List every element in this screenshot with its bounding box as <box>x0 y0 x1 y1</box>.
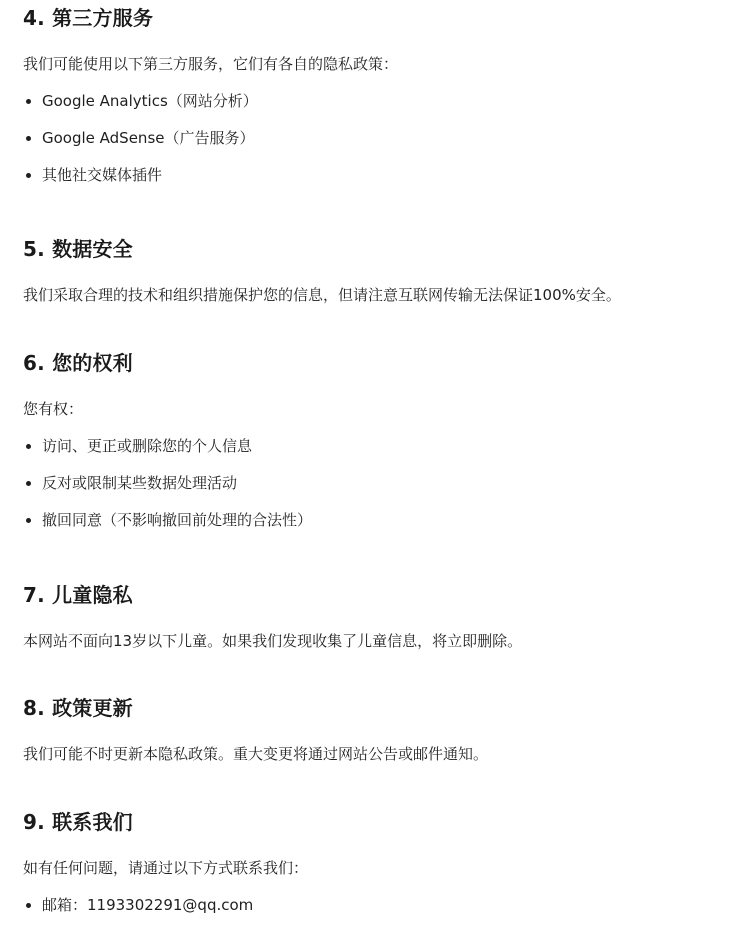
bullet-icon <box>26 444 31 449</box>
section-heading: 9. 联系我们 <box>23 808 727 836</box>
section-intro: 如有任何问题，请通过以下方式联系我们： <box>23 857 727 879</box>
bullet-icon <box>26 136 31 141</box>
bullet-icon <box>26 99 31 104</box>
contact-list: 邮箱：1193302291@qq.com <box>23 894 727 927</box>
rights-list: 访问、更正或删除您的个人信息 反对或限制某些数据处理活动 撤回同意（不影响撤回前… <box>23 435 727 546</box>
section-intro: 您有权： <box>23 398 727 420</box>
bullet-icon <box>26 903 31 908</box>
list-item-email: 邮箱：1193302291@qq.com <box>23 894 727 927</box>
section-data-security: 5. 数据安全 我们采取合理的技术和组织措施保护您的信息，但请注意互联网传输无法… <box>23 235 727 306</box>
section-contact-us: 9. 联系我们 如有任何问题，请通过以下方式联系我们： 邮箱：119330229… <box>23 808 727 927</box>
list-item: Google Analytics（网站分析） <box>23 90 727 127</box>
section-heading: 4. 第三方服务 <box>23 4 727 32</box>
section-intro: 我们可能使用以下第三方服务，它们有各自的隐私政策： <box>23 53 727 75</box>
section-intro: 本网站不面向13岁以下儿童。如果我们发现收集了儿童信息，将立即删除。 <box>23 630 727 652</box>
section-third-party-services: 4. 第三方服务 我们可能使用以下第三方服务，它们有各自的隐私政策： Googl… <box>23 4 727 201</box>
section-your-rights: 6. 您的权利 您有权： 访问、更正或删除您的个人信息 反对或限制某些数据处理活… <box>23 349 727 546</box>
section-children-privacy: 7. 儿童隐私 本网站不面向13岁以下儿童。如果我们发现收集了儿童信息，将立即删… <box>23 581 727 652</box>
bullet-icon <box>26 518 31 523</box>
list-item: 其他社交媒体插件 <box>23 164 727 201</box>
list-item: 访问、更正或删除您的个人信息 <box>23 435 727 472</box>
section-heading: 8. 政策更新 <box>23 694 727 722</box>
section-heading: 5. 数据安全 <box>23 235 727 263</box>
section-heading: 7. 儿童隐私 <box>23 581 727 609</box>
section-intro: 我们可能不时更新本隐私政策。重大变更将通过网站公告或邮件通知。 <box>23 743 727 765</box>
list-item: Google AdSense（广告服务） <box>23 127 727 164</box>
bullet-icon <box>26 173 31 178</box>
list-item: 撤回同意（不影响撤回前处理的合法性） <box>23 509 727 546</box>
section-heading: 6. 您的权利 <box>23 349 727 377</box>
section-policy-updates: 8. 政策更新 我们可能不时更新本隐私政策。重大变更将通过网站公告或邮件通知。 <box>23 694 727 765</box>
bullet-icon <box>26 481 31 486</box>
third-party-list: Google Analytics（网站分析） Google AdSense（广告… <box>23 90 727 201</box>
section-intro: 我们采取合理的技术和组织措施保护您的信息，但请注意互联网传输无法保证100%安全… <box>23 284 727 306</box>
list-item: 反对或限制某些数据处理活动 <box>23 472 727 509</box>
